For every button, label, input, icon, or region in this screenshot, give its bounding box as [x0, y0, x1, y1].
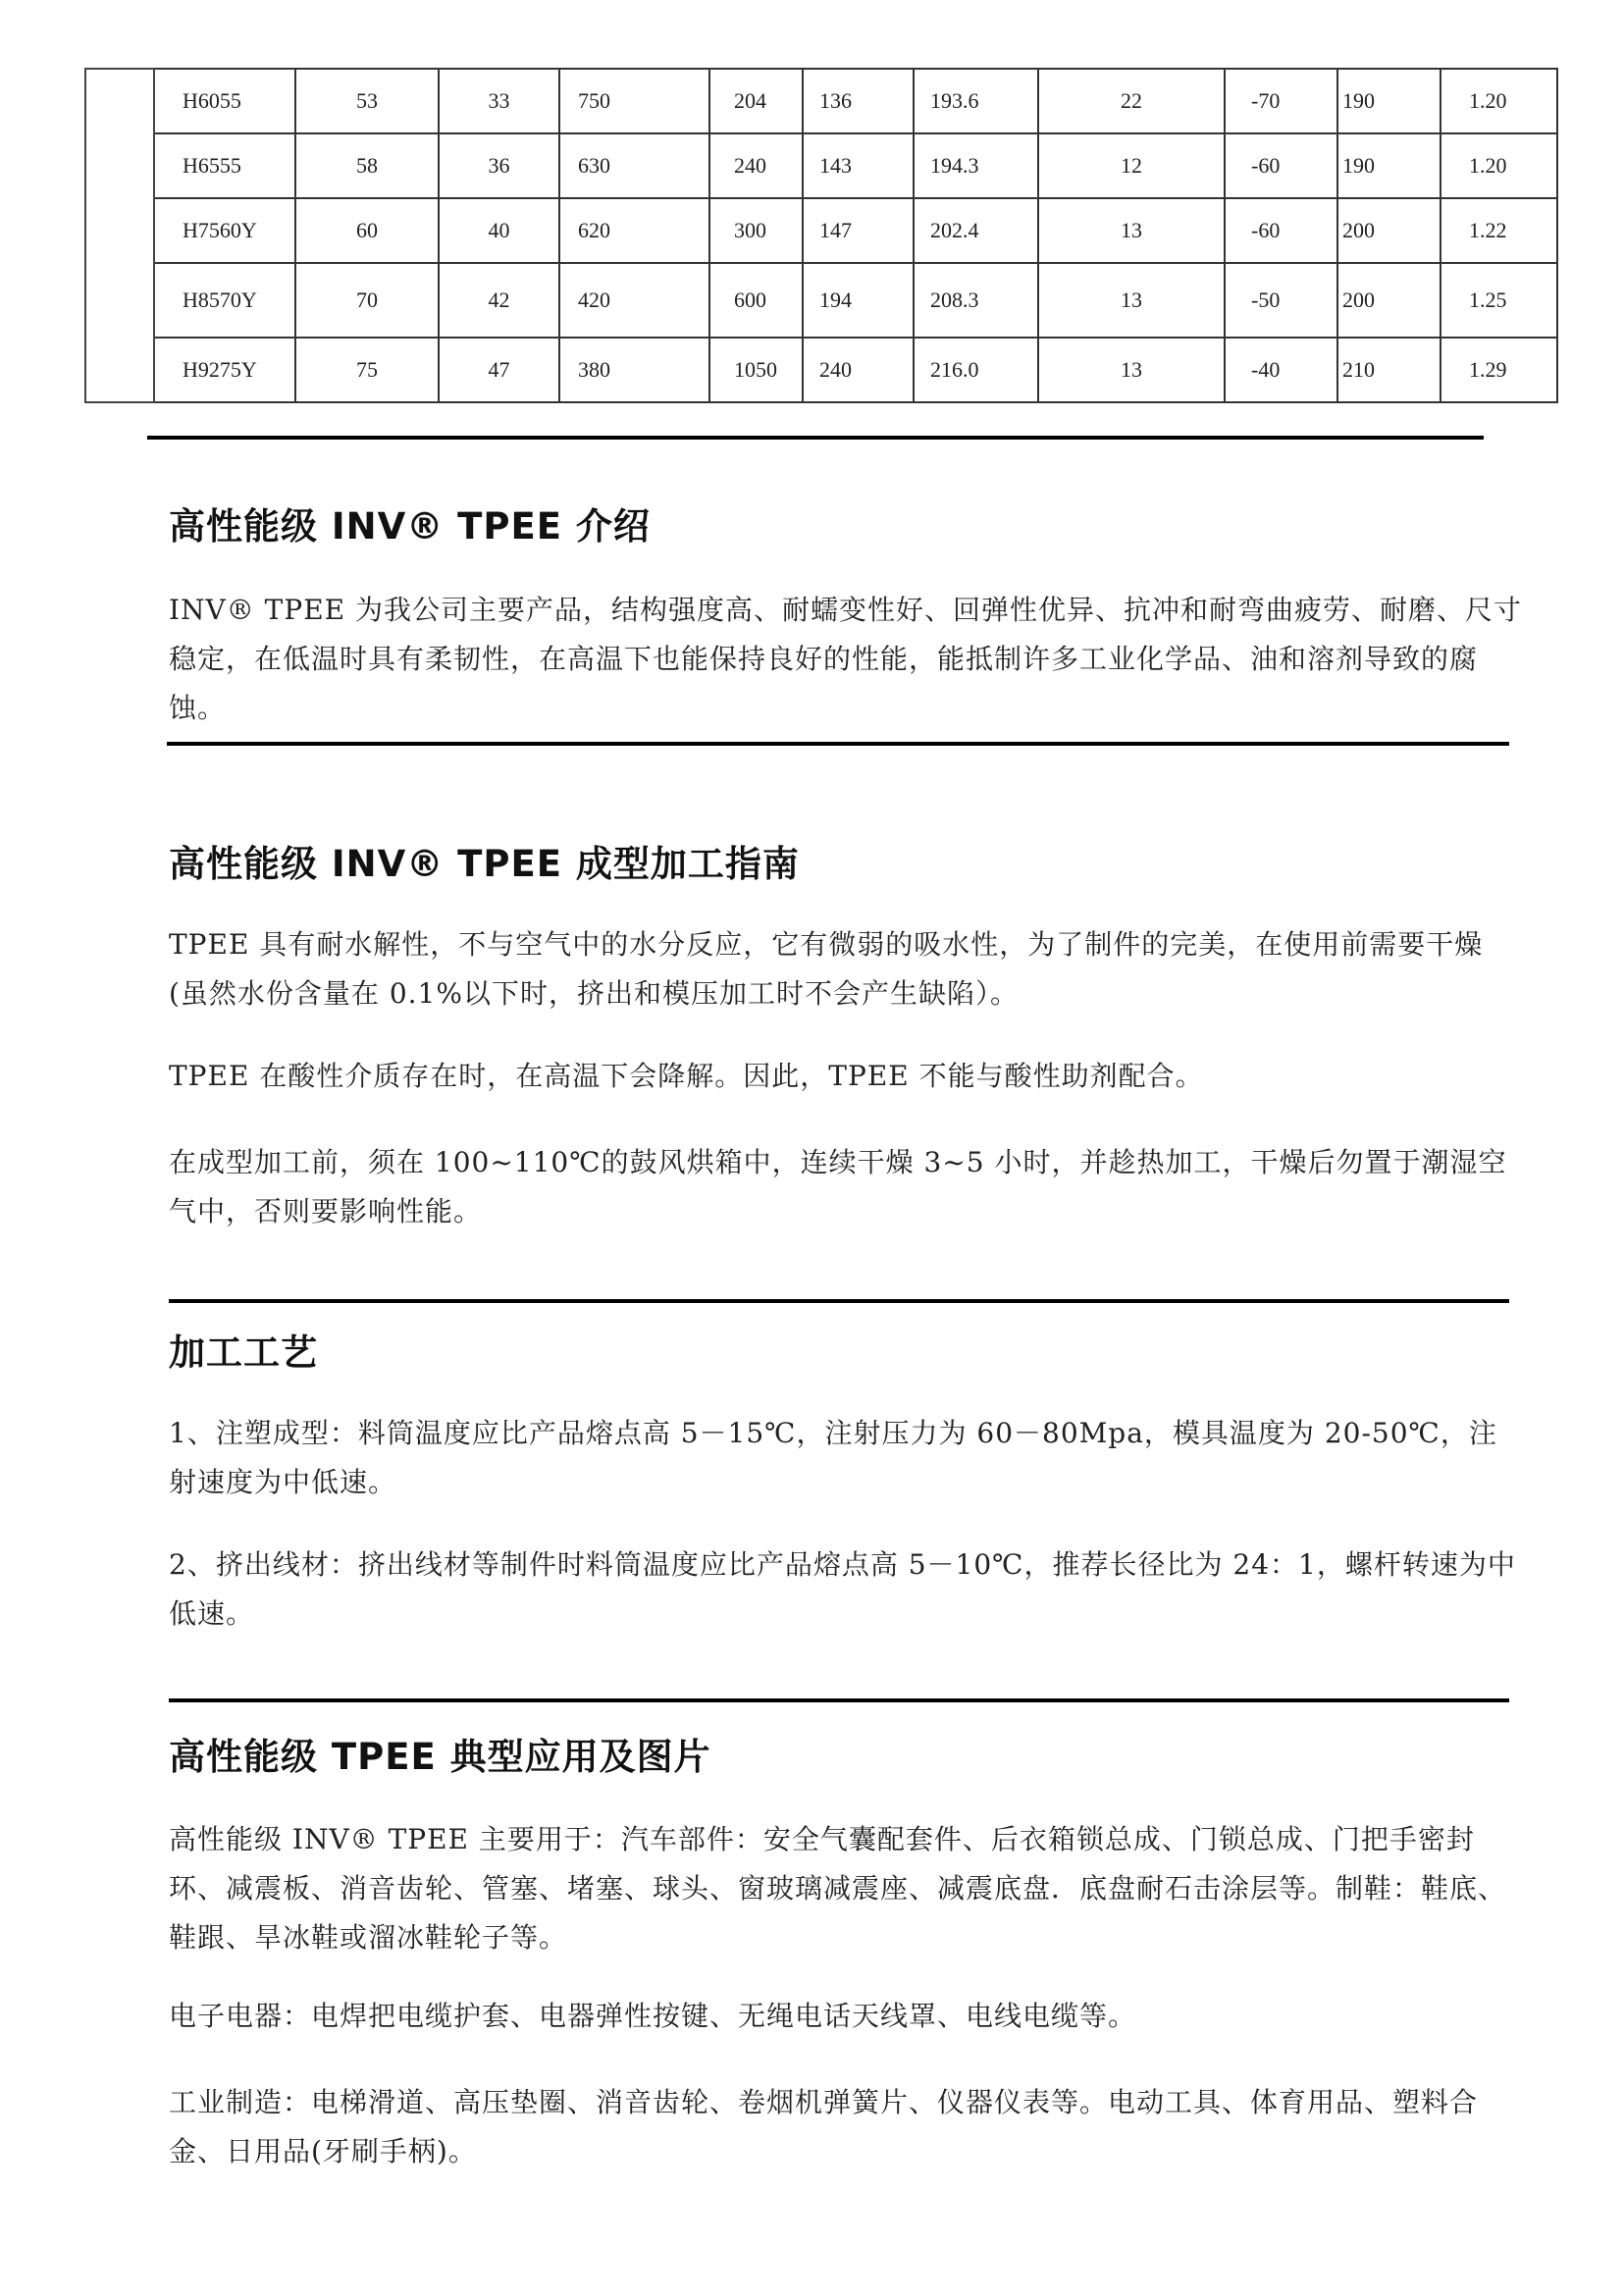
divider [147, 436, 1484, 440]
guide-paragraph-3: 在成型加工前，须在 100~110℃的鼓风烘箱中，连续干燥 3~5 小时，并趁热… [169, 1138, 1523, 1236]
divider [167, 742, 1509, 746]
table-row: H65555836630240143194.312-601901.20 [85, 133, 1557, 198]
guide-paragraph-2: TPEE 在酸性介质存在时，在高温下会降解。因此，TPEE 不能与酸性助剂配合。 [169, 1052, 1523, 1101]
value-cell: 420 [559, 263, 709, 338]
value-cell: 1.25 [1441, 263, 1557, 338]
value-cell: 147 [803, 198, 914, 263]
grade-cell: H6055 [154, 69, 295, 133]
value-cell: 33 [439, 69, 559, 133]
intro-paragraph: INV® TPEE 为我公司主要产品，结构强度高、耐蠕变性好、回弹性优异、抗冲和… [169, 586, 1523, 733]
value-cell: 40 [439, 198, 559, 263]
section-title-intro: 高性能级 INV® TPEE 介绍 [169, 496, 651, 549]
value-cell: -50 [1225, 263, 1337, 338]
grade-cell: H9275Y [154, 338, 295, 402]
value-cell: 1.29 [1441, 338, 1557, 402]
value-cell: 13 [1038, 198, 1225, 263]
process-paragraph-1: 1、注塑成型：料筒温度应比产品熔点高 5－15℃，注射压力为 60－80Mpa，… [169, 1409, 1523, 1507]
value-cell: 194 [803, 263, 914, 338]
value-cell: -40 [1225, 338, 1337, 402]
value-cell: 12 [1038, 133, 1225, 198]
value-cell: 36 [439, 133, 559, 198]
value-cell: 194.3 [914, 133, 1038, 198]
value-cell: 193.6 [914, 69, 1038, 133]
value-cell: 190 [1337, 133, 1441, 198]
applications-paragraph-3: 工业制造：电梯滑道、高压垫圈、消音齿轮、卷烟机弹簧片、仪器仪表等。电动工具、体育… [169, 2078, 1523, 2176]
value-cell: 210 [1337, 338, 1441, 402]
value-cell: 13 [1038, 338, 1225, 402]
applications-paragraph-2: 电子电器：电焊把电缆护套、电器弹性按键、无绳电话天线罩、电线电缆等。 [169, 1992, 1523, 2041]
value-cell: 204 [709, 69, 803, 133]
value-cell: 380 [559, 338, 709, 402]
value-cell: 240 [709, 133, 803, 198]
value-cell: 53 [295, 69, 439, 133]
value-cell: 208.3 [914, 263, 1038, 338]
section-title-process: 加工工艺 [169, 1323, 318, 1376]
properties-table: H60555333750204136193.622-701901.20H6555… [84, 68, 1558, 403]
value-cell: 42 [439, 263, 559, 338]
table-row: H9275Y75473801050240216.013-402101.29 [85, 338, 1557, 402]
group-cell [85, 69, 154, 402]
value-cell: 600 [709, 263, 803, 338]
value-cell: 136 [803, 69, 914, 133]
value-cell: -60 [1225, 133, 1337, 198]
value-cell: 13 [1038, 263, 1225, 338]
value-cell: 200 [1337, 198, 1441, 263]
guide-paragraph-1: TPEE 具有耐水解性，不与空气中的水分反应，它有微弱的吸水性，为了制件的完美，… [169, 920, 1523, 1018]
value-cell: 620 [559, 198, 709, 263]
divider [169, 1299, 1509, 1303]
value-cell: 300 [709, 198, 803, 263]
grade-cell: H6555 [154, 133, 295, 198]
value-cell: -60 [1225, 198, 1337, 263]
process-paragraph-2: 2、挤出线材：挤出线材等制件时料筒温度应比产品熔点高 5－10℃，推荐长径比为 … [169, 1540, 1523, 1639]
table-row: H8570Y7042420600194208.313-502001.25 [85, 263, 1557, 338]
table-row: H7560Y6040620300147202.413-602001.22 [85, 198, 1557, 263]
value-cell: 190 [1337, 69, 1441, 133]
value-cell: 70 [295, 263, 439, 338]
applications-paragraph-1: 高性能级 INV® TPEE 主要用于：汽车部件：安全气囊配套件、后衣箱锁总成、… [169, 1815, 1523, 1962]
value-cell: 143 [803, 133, 914, 198]
value-cell: 216.0 [914, 338, 1038, 402]
value-cell: 1.20 [1441, 133, 1557, 198]
value-cell: 1050 [709, 338, 803, 402]
value-cell: 630 [559, 133, 709, 198]
value-cell: 240 [803, 338, 914, 402]
value-cell: 1.22 [1441, 198, 1557, 263]
value-cell: 22 [1038, 69, 1225, 133]
grade-cell: H7560Y [154, 198, 295, 263]
section-title-applications: 高性能级 TPEE 典型应用及图片 [169, 1727, 711, 1780]
divider [169, 1698, 1509, 1702]
value-cell: 58 [295, 133, 439, 198]
value-cell: 200 [1337, 263, 1441, 338]
value-cell: 47 [439, 338, 559, 402]
grade-cell: H8570Y [154, 263, 295, 338]
table-row: H60555333750204136193.622-701901.20 [85, 69, 1557, 133]
value-cell: 60 [295, 198, 439, 263]
value-cell: -70 [1225, 69, 1337, 133]
section-title-guide: 高性能级 INV® TPEE 成型加工指南 [169, 834, 800, 887]
value-cell: 750 [559, 69, 709, 133]
value-cell: 1.20 [1441, 69, 1557, 133]
value-cell: 202.4 [914, 198, 1038, 263]
value-cell: 75 [295, 338, 439, 402]
